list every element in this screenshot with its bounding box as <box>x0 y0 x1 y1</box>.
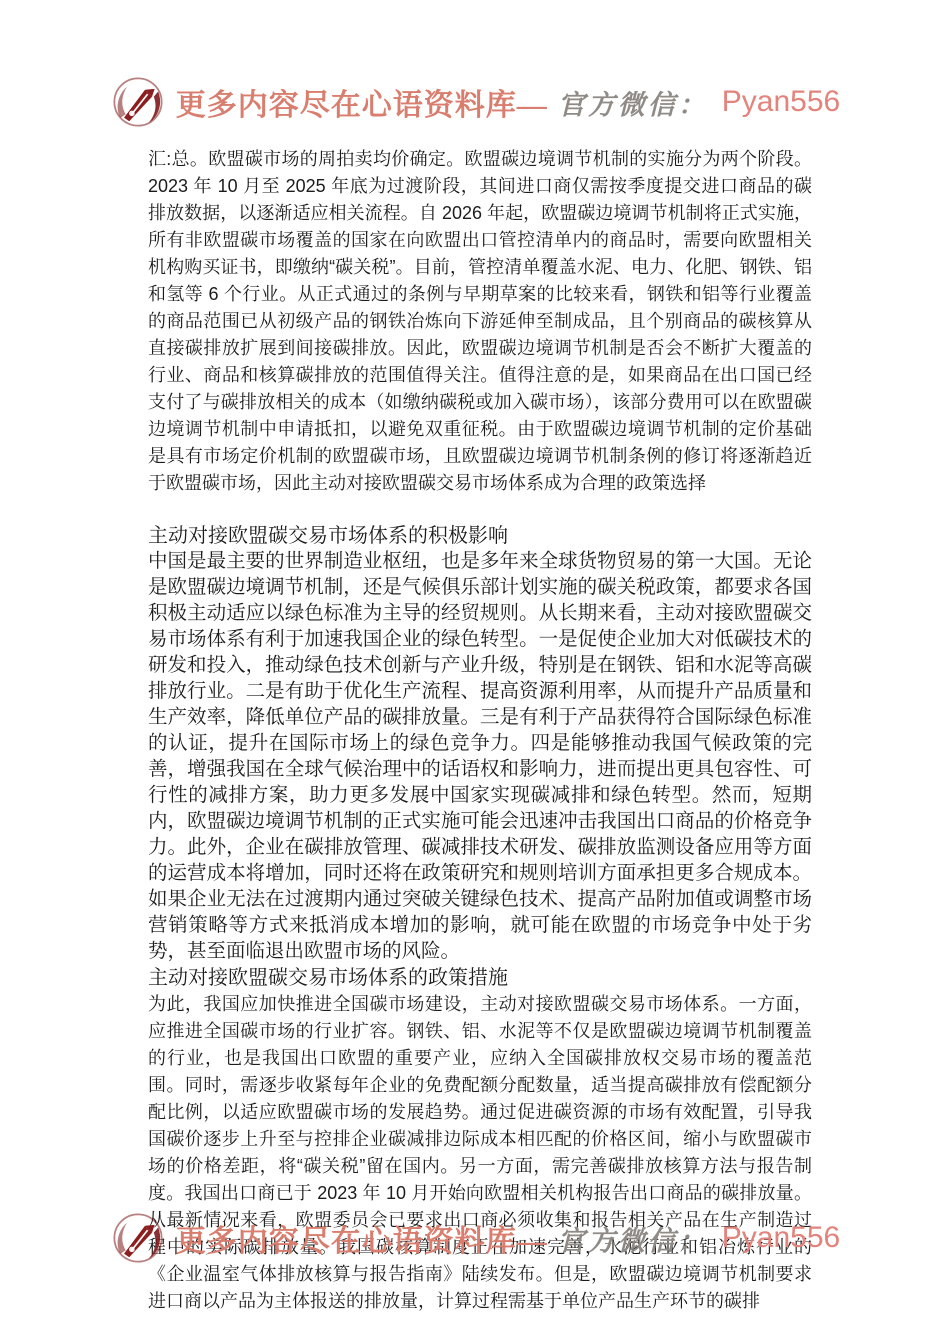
paragraph-positive-impacts: 中国是最主要的世界制造业枢纽，也是多年来全球货物贸易的第一大国。无论是欧盟碳边境… <box>148 549 812 965</box>
paragraph-cbam-overview: 汇:总。欧盟碳市场的周拍卖均价确定。欧盟碳边境调节机制的实施分为两个阶段。202… <box>148 146 812 497</box>
watermark-footer: 更多内容尽在心语资料库— 官方微信： Pyan556 <box>0 1210 950 1266</box>
document-page: 更多内容尽在心语资料库— 官方微信： Pyan556 汇:总。欧盟碳市场的周拍卖… <box>0 0 950 1344</box>
pen-nib-circle-icon <box>110 74 166 130</box>
watermark-header: 更多内容尽在心语资料库— 官方微信： Pyan556 <box>0 74 950 130</box>
watermark-wechat-id: Pyan556 <box>722 85 840 119</box>
watermark-wechat-label: 官方微信： <box>558 1219 708 1258</box>
watermark-main-text: 更多内容尽在心语资料库— <box>176 1216 548 1260</box>
pen-nib-circle-icon <box>110 1210 166 1266</box>
section-heading-policy-measures: 主动对接欧盟碳交易市场体系的政策措施 <box>148 965 812 991</box>
paragraph-policy-measures: 为此，我国应加快推进全国碳市场建设，主动对接欧盟碳交易市场体系。一方面，应推进全… <box>148 991 812 1315</box>
watermark-wechat-label: 官方微信： <box>558 83 708 122</box>
section-heading-positive-impacts: 主动对接欧盟碳交易市场体系的积极影响 <box>148 523 812 549</box>
watermark-main-text: 更多内容尽在心语资料库— <box>176 80 548 124</box>
document-body: 汇:总。欧盟碳市场的周拍卖均价确定。欧盟碳边境调节机制的实施分为两个阶段。202… <box>148 146 812 1315</box>
watermark-wechat-id: Pyan556 <box>722 1221 840 1255</box>
